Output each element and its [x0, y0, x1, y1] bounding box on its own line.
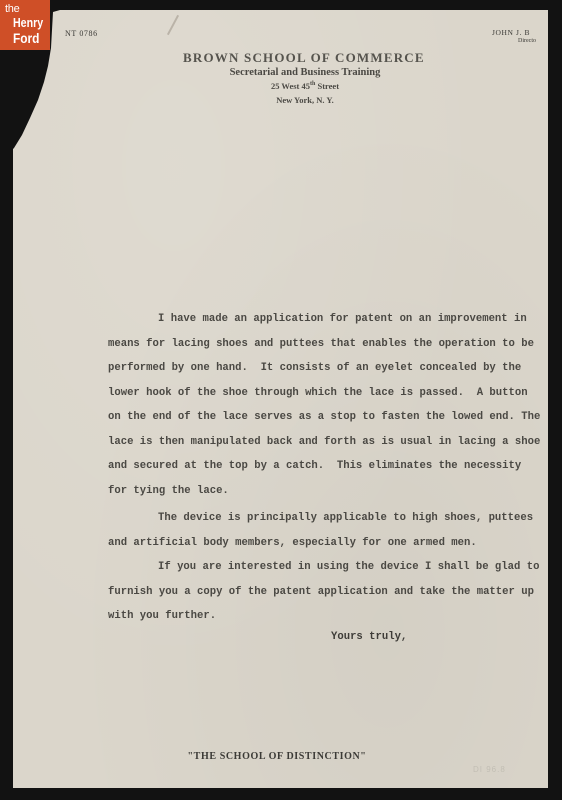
school-subtitle: Secretarial and Business Training — [185, 67, 425, 78]
address-prefix: 25 West 45 — [271, 81, 310, 91]
body-line: furnish you a copy of the patent applica… — [108, 580, 540, 605]
school-city: New York, N. Y. — [185, 95, 425, 105]
director-name: JOHN J. B — [492, 28, 530, 37]
logo-text-henry: Henry — [13, 17, 43, 30]
body-line: on the end of the lace serves as a stop … — [108, 405, 540, 430]
logo-text-the: the — [5, 4, 19, 15]
henry-ford-logo: the Henry Ford — [0, 0, 50, 50]
letter-body: I have made an application for patent on… — [108, 307, 540, 629]
body-line: for tying the lace. — [108, 479, 540, 504]
body-line: If you are interested in using the devic… — [108, 555, 540, 580]
body-line: lace is then manipulated back and forth … — [108, 430, 540, 455]
body-line: means for lacing shoes and puttees that … — [108, 332, 540, 357]
address-suffix: Street — [315, 81, 339, 91]
body-line: with you further. — [108, 604, 540, 629]
school-motto: "THE SCHOOL OF DISTINCTION" — [0, 751, 562, 762]
body-line: I have made an application for patent on… — [108, 307, 540, 332]
motto-text: "THE SCHOOL OF DISTINCTION" — [188, 751, 367, 762]
catalog-mark: DI 96.8 — [473, 765, 506, 774]
letter-closing: Yours truly, — [331, 631, 407, 643]
body-line: performed by one hand. It consists of an… — [108, 356, 540, 381]
school-address: 25 West 45th Street — [185, 81, 425, 91]
body-line: lower hook of the shoe through which the… — [108, 381, 540, 406]
body-line: The device is principally applicable to … — [108, 506, 540, 531]
body-line: and secured at the top by a catch. This … — [108, 454, 540, 479]
director-title: Directo — [518, 38, 536, 44]
reference-number: NT 0786 — [65, 29, 98, 38]
school-name-heading: BROWN SCHOOL OF COMMERCE — [183, 50, 425, 66]
body-line: and artificial body members, especially … — [108, 531, 540, 556]
logo-text-ford: Ford — [13, 31, 39, 45]
